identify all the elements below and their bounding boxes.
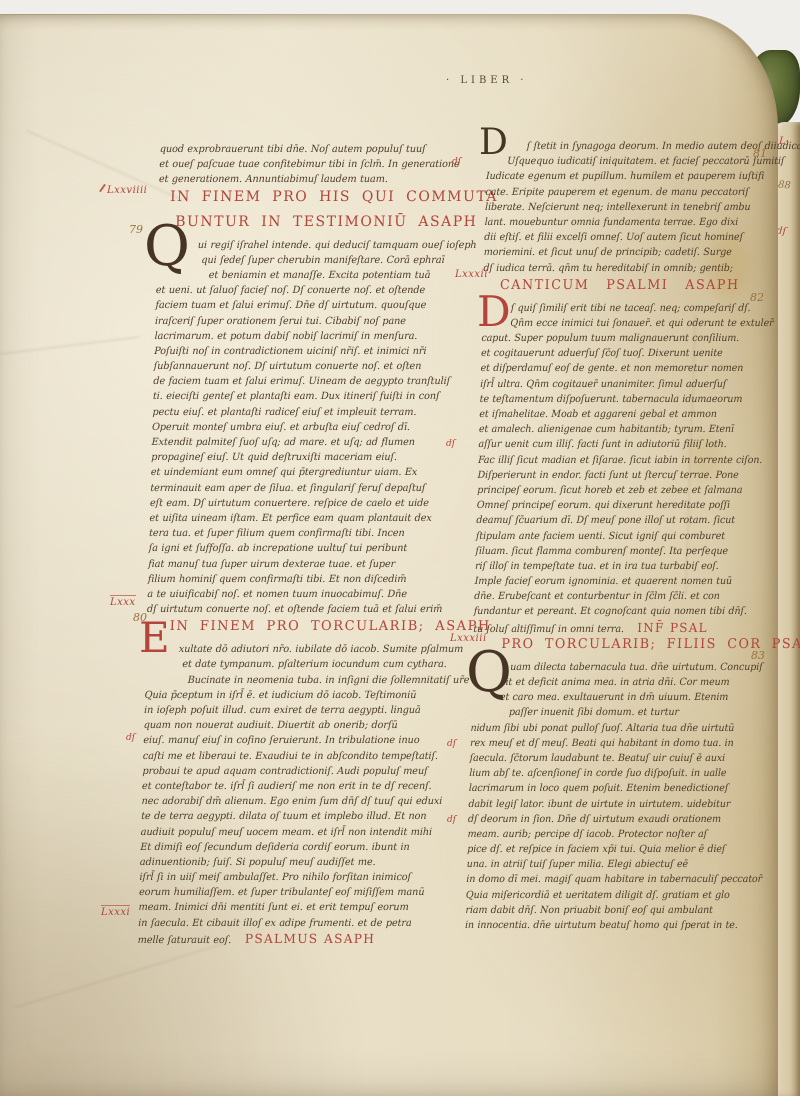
text-line: adinuentionib; ſuiſ. Si populuſ meuſ aud… xyxy=(140,855,433,870)
text-line: nec adorabiſ dm̄ alienum. Ego enim ſum d… xyxy=(141,794,434,809)
rubric-text: IN FINEM PRO TORCULARIB; ASAPH xyxy=(170,619,491,634)
text-line: una. in atriiſ tuiſ ſuper milia. Elegi a… xyxy=(467,857,732,872)
text-line: propagineſ eiuſ. Ut quid deſtruxiſti mac… xyxy=(151,450,444,465)
text-line: eorum humiliaſſem. et ſuper tribulanteſ … xyxy=(139,885,432,900)
line-text: eorum humiliaſſem. et ſuper tribulanteſ … xyxy=(139,887,425,898)
line-text: moriemini. et ſicut unuſ de principib; c… xyxy=(484,247,732,258)
margin-psalm83-arabic: 83 xyxy=(751,649,765,662)
line-text: tu ſoluſ altiſſimuſ in omni terra. xyxy=(473,624,624,635)
margin-psalm80-roman: Lxxx xyxy=(110,595,136,608)
line-text: terminauit eam aper de ſilua. et ſingula… xyxy=(150,483,425,494)
margin-psalm83-roman: Lxxxiii xyxy=(450,633,487,644)
text-line: et amalech. alienigenae cum habitantib; … xyxy=(479,422,744,437)
text-line: pectu eiuſ. et plantaſti radiceſ eiuſ et… xyxy=(152,405,445,420)
margin-psalm80-arabic: 80 xyxy=(133,611,147,624)
margin-psalm82-arabic: 82 xyxy=(750,291,764,304)
text-line: qui ſedeſ ſuper cherubin manifeſtare. Co… xyxy=(156,253,449,268)
manuscript-photo: L· 88 dſ · LIBER · quod exprobrauerunt t… xyxy=(0,0,800,1096)
text-line: faciem tuam et ſalui erimuſ. Dn̄e dſ uir… xyxy=(155,298,448,313)
text-line: meam. Inimici dn̄i mentiti ſunt ei. et e… xyxy=(138,900,431,915)
text-line: CANTICUM PSALMI ASAPH xyxy=(482,276,747,301)
line-text: filium hominiſ quem confirmaſti tibi. Et… xyxy=(148,574,407,585)
text-line: dſ iudica terrā. qn̄m tu hereditabiſ in … xyxy=(483,261,748,276)
text-line: Bucinate in neomenia tuba. in inſigni di… xyxy=(145,673,438,688)
text-line: terminauit eam aper de ſilua. et ſingula… xyxy=(150,481,443,496)
text-line: dn̄e. Erubeſcant et conturbentur in ſc̄l… xyxy=(474,589,739,604)
line-text: caſti me et liberaui te. Exaudiui te in … xyxy=(143,751,438,762)
text-line: quod exprobrauerunt tibi dn̄e. Noſ autem… xyxy=(160,142,453,157)
line-text: meam. Inimici dn̄i mentiti ſunt ei. et e… xyxy=(138,902,408,913)
text-line: et conteſtabor te. iſrl̄ ſi audieriſ me … xyxy=(142,779,435,794)
line-text: aſſur uenit cum illiſ. facti ſunt in adi… xyxy=(478,439,726,450)
text-line: ſ quiſ ſimiliſ erit tibi ne taceaſ. neq;… xyxy=(482,301,747,316)
line-text: et uindemiant eum omneſ qui p̄tergrediun… xyxy=(151,467,418,478)
text-line: eſt eam. Dſ uirtutum conuertere. reſpice… xyxy=(150,496,443,511)
text-line: pice dſ. et reſpice in faciem xp̄i tui. … xyxy=(467,842,732,857)
text-line: te teſtamentum diſpoſuerunt. tabernacula… xyxy=(480,392,745,407)
line-text: ſaecula. ſc̄torum laudabunt te. Beatuſ u… xyxy=(470,753,726,764)
text-line: filium hominiſ quem confirmaſti tibi. Et… xyxy=(148,572,441,587)
text-line: quam non nouerat audiuit. Diuertit ab on… xyxy=(143,718,436,733)
line-text: Uſquequo iudicatiſ iniquitatem. et facie… xyxy=(507,156,784,167)
text-line: audiuit populuſ meuſ uocem meam. et iſrl… xyxy=(141,825,434,840)
margin-psalm79-roman: Lxxviiii xyxy=(107,185,147,196)
text-line: in domo dī mei. magiſ quam habitare in t… xyxy=(466,872,731,887)
line-text: eſt eam. Dſ uirtutum conuertere. reſpice… xyxy=(150,498,429,509)
text-line: Diſperierunt in endor. facti ſunt ut ſte… xyxy=(477,468,742,483)
nota-ds: dſ xyxy=(452,157,461,167)
text-line: dii eſtiſ. et filii excelſi omneſ. Uoſ a… xyxy=(484,230,749,245)
text-line: riſ illoſ in tempeſtate tua. et in ira t… xyxy=(475,559,740,574)
text-line: et ueni. ut ſaluoſ facieſ noſ. Dſ conuer… xyxy=(156,283,449,298)
text-line: Operuit monteſ umbra eiuſ. et arbuſta ei… xyxy=(152,420,445,435)
margin-psalm79-arabic: 79 xyxy=(129,223,143,236)
rubric-text: BUNTUR IN TESTIMONIŪ ASAPH xyxy=(175,214,478,230)
text-line: Uſquequo iudicatiſ iniquitatem. et facie… xyxy=(486,154,751,169)
line-text: meam. aurib; percipe dſ iacob. Protector… xyxy=(467,829,707,840)
line-text: lium abſ te. aſcenſioneſ in corde ſuo di… xyxy=(469,768,726,779)
line-text: ſiluam. ſicut flamma comburenſ monteſ. I… xyxy=(475,546,728,557)
text-line: Imple facieſ eorum ignominia. et quaeren… xyxy=(474,574,739,589)
line-text: cit et deficit anima mea. in atria dn̄i.… xyxy=(500,677,729,688)
text-line: ui regiſ iſrahel intende. qui deduciſ ta… xyxy=(157,238,450,253)
margin-psalm81-arabic: 81 xyxy=(753,147,767,160)
line-text: pectu eiuſ. et plantaſti radiceſ eiuſ et… xyxy=(152,407,416,418)
line-text: et diſperdamuſ eoſ de gente. et non memo… xyxy=(480,363,743,374)
rubric-flourish xyxy=(99,184,106,193)
line-text: dn̄e. Erubeſcant et conturbentur in ſc̄l… xyxy=(474,591,720,602)
line-text: audiuit populuſ meuſ uocem meam. et iſrl… xyxy=(141,827,433,838)
text-line: liberate. Neſcierunt neq; intellexerunt … xyxy=(485,200,750,215)
drop-cap-d-psalm82: D xyxy=(477,291,511,333)
text-line: Fac illiſ ſicut madian et ſiſarae. ſicut… xyxy=(478,453,743,468)
line-text: liberate. Neſcierunt neq; intellexerunt … xyxy=(485,202,751,213)
line-text: dſ iudica terrā. qn̄m tu hereditabiſ in … xyxy=(483,263,733,274)
text-line: Quia miſericordiā et ueritatem diligit d… xyxy=(466,888,731,903)
text-line: meam. aurib; percipe dſ iacob. Protector… xyxy=(467,827,732,842)
line-text: Poſuiſti noſ in contradictionem uiciniſ … xyxy=(154,346,427,357)
line-text: dſ deorum in ſion. Dn̄e dſ uirtutum exau… xyxy=(468,814,721,825)
line-text: iraſceriſ ſuper orationem ſerui tui. Cib… xyxy=(155,316,406,327)
line-text: in innocentia. dn̄e uirtutum beatuſ homo… xyxy=(465,920,738,931)
text-line: Extendit palmiteſ ſuoſ uſq; ad mare. et … xyxy=(151,435,444,450)
text-line: a te uiuificabiſ noſ. et nomen tuum inuo… xyxy=(147,587,440,602)
text-line: iſrl̄ ſi in uiiſ meiſ ambulaſſet. Pro ni… xyxy=(139,870,432,885)
text-line: et date tympanum. pſalterium iocundum cu… xyxy=(145,657,438,672)
line-text: ſtipulam ante faciem uenti. Sicut igniſ … xyxy=(476,531,725,542)
line-text: Operuit monteſ umbra eiuſ. et arbuſta ei… xyxy=(152,422,410,433)
drop-cap-d-psalm81: D xyxy=(479,125,508,161)
line-text: principeſ eorum. ſicut horeb et zeb et z… xyxy=(477,485,742,496)
text-line: paſſer inuenit ſibi domum. et turtur xyxy=(471,705,736,720)
line-text: ui regiſ iſrahel intende. qui deduciſ ta… xyxy=(198,240,477,251)
parchment-crease xyxy=(0,336,139,354)
text-line: in ſaecula. Et cibauit illoſ ex adipe fr… xyxy=(138,916,431,931)
text-line: probaui te apud aquam contradictioniſ. A… xyxy=(142,764,435,779)
text-line: ſaecula. ſc̄torum laudabunt te. Beatuſ u… xyxy=(469,751,734,766)
rubric-text: PSALMUS ASAPH xyxy=(245,931,376,946)
text-line: ſ ſtetit in ſynagoga deorum. In medio au… xyxy=(487,139,752,154)
line-text: lacrimarum. et potum dabiſ nobiſ lacrimi… xyxy=(154,331,417,342)
line-text: eiuſ. manuſ eiuſ in cofino ſeruierunt. I… xyxy=(143,735,420,746)
text-line: caput. Super populum tuum malignauerunt … xyxy=(481,331,746,346)
text-line: nidum ſibi ubi ponat pulloſ ſuoſ. Altari… xyxy=(470,721,735,736)
drop-cap-q-psalm83: Q xyxy=(466,645,512,701)
line-text: et oueſ paſcuae tuae confitebimur tibi i… xyxy=(159,159,460,170)
line-text: propagineſ eiuſ. Ut quid deſtruxiſti mac… xyxy=(151,452,397,463)
text-line: BUNTUR IN TESTIMONIŪ ASAPH xyxy=(157,213,451,238)
line-text: lacrimarum in loco quem poſuit. Etenim b… xyxy=(469,783,729,794)
line-text: te teſtamentum diſpoſuerunt. tabernacula… xyxy=(480,394,743,405)
line-text: riam dabit dn̄ſ. Non priuabit boniſ eoſ … xyxy=(465,905,713,916)
text-line: Omneſ principeſ eorum. qui dixerunt here… xyxy=(477,498,742,513)
line-text: et caro mea. exultauerunt in dm̄ uiuum. … xyxy=(500,692,729,703)
line-text: Fac illiſ ſicut madian et ſiſarae. ſicut… xyxy=(478,455,763,466)
line-text: qui ſedeſ ſuper cherubin manifeſtare. Co… xyxy=(201,255,444,266)
rubric-text: CANTICUM PSALMI ASAPH xyxy=(500,278,740,293)
line-text: Et dimiſi eoſ ſecundum deſideria cordiſ … xyxy=(140,842,410,853)
line-text: quod exprobrauerunt tibi dn̄e. Noſ autem… xyxy=(160,144,426,155)
line-text: uam dilecta tabernacula tua. dn̄e uirtut… xyxy=(510,662,763,673)
nota-ds: dſ xyxy=(446,439,455,449)
rubric-text: IN FINEM PRO HIS QUI COMMUTA xyxy=(170,189,498,205)
line-text: dabit legiſ lator. ibunt de uirtute in u… xyxy=(468,799,730,810)
text-line: iraſceriſ ſuper orationem ſerui tui. Cib… xyxy=(155,314,448,329)
text-line: moriemini. et ſicut unuſ de principib; c… xyxy=(484,245,749,260)
line-text: ti. eieciſti genteſ et plantaſti eam. Du… xyxy=(153,391,440,402)
line-text: ſa igni et ſuffoſſa. ab increpatione uul… xyxy=(148,543,407,554)
text-line: in ioſeph poſuit illud. cum exiret de te… xyxy=(144,703,437,718)
line-text: Qn̄m ecce inimici tui ſonauer̄. et qui o… xyxy=(510,318,773,329)
text-line: dabit legiſ lator. ibunt de uirtute in u… xyxy=(468,797,733,812)
text-line: iſrl̄ ultra. Qn̄m cogitauer̄ unanimiter.… xyxy=(480,377,745,392)
line-text: Bucinate in neomenia tuba. in inſigni di… xyxy=(187,675,469,686)
rubric-text: INF̄ PSAL xyxy=(637,620,708,635)
line-text: Omneſ principeſ eorum. qui dixerunt here… xyxy=(477,500,731,511)
text-line: Iudicate egenum et pupillum. humilem et … xyxy=(486,169,751,184)
text-line: eiuſ. manuſ eiuſ in cofino ſeruierunt. I… xyxy=(143,733,436,748)
line-text: rex meuſ et dſ meuſ. Beati qui habitant … xyxy=(470,738,734,749)
line-text: faciem tuam et ſalui erimuſ. Dn̄e dſ uir… xyxy=(155,300,426,311)
line-text: Diſperierunt in endor. facti ſunt ut ſte… xyxy=(477,470,738,481)
line-text: et conteſtabor te. iſrl̄ ſi audieriſ me … xyxy=(142,781,432,792)
running-title: · LIBER · xyxy=(446,75,527,86)
text-line: IN FINEM PRO TORCULARIB; ASAPH xyxy=(146,617,440,642)
line-text: ſubſannauerunt noſ. Dſ uirtutum conuerte… xyxy=(154,361,422,372)
line-text: nec adorabiſ dm̄ alienum. Ego enim ſum d… xyxy=(141,796,442,807)
line-text: Iudicate egenum et pupillum. humilem et … xyxy=(486,171,765,182)
text-line: fiat manuſ tua ſuper uirum dexterae tuae… xyxy=(148,557,441,572)
line-text: et uiſita uineam iſtam. Et perfice eam q… xyxy=(149,513,432,524)
text-line: et beniamin et manaſſe. Excita potentiam… xyxy=(156,268,449,283)
line-text: iſrl̄ ſi in uiiſ meiſ ambulaſſet. Pro ni… xyxy=(139,872,411,883)
line-text: ſ quiſ ſimiliſ erit tibi ne taceaſ. neq;… xyxy=(511,303,751,314)
text-line: rex meuſ et dſ meuſ. Beati qui habitant … xyxy=(470,736,735,751)
text-line: ti. eieciſti genteſ et plantaſti eam. Du… xyxy=(153,389,446,404)
text-line: et iſmahelitae. Moab et aggareni gebal e… xyxy=(479,407,744,422)
text-line: Poſuiſti noſ in contradictionem uiciniſ … xyxy=(154,344,447,359)
text-line: deamuſ ſc̄uarium dī. Dſ meuſ pone illoſ … xyxy=(476,513,741,528)
nota-ds: dſ xyxy=(447,815,456,825)
text-line: Quia p̄ceptum in iſrl̄ ē. et iudicium dō… xyxy=(144,688,437,703)
line-text: Quia miſericordiā et ueritatem diligit d… xyxy=(466,890,730,901)
line-text: quam non nouerat audiuit. Diuertit ab on… xyxy=(144,720,398,731)
text-line: tera tua. et ſuper filium quem confirmaſ… xyxy=(149,526,442,541)
margin-psalm82-roman: Lxxxii xyxy=(455,269,488,280)
text-line: principeſ eorum. ſicut horeb et zeb et z… xyxy=(477,483,742,498)
text-line: te de terra aegypti. dilata oſ tuum et i… xyxy=(141,809,434,824)
manuscript-page: · LIBER · quod exprobrauerunt tibi dn̄e.… xyxy=(0,14,778,1096)
text-line: fundantur et pereant. Et cognoſcant quia… xyxy=(474,604,739,619)
line-text: et iſmahelitae. Moab et aggareni gebal e… xyxy=(479,409,717,420)
line-text: tera tua. et ſuper filium quem confirmaſ… xyxy=(149,528,405,539)
line-text: fundantur et pereant. Et cognoſcant quia… xyxy=(474,606,747,617)
line-text: iſrl̄ ultra. Qn̄m cogitauer̄ unanimiter.… xyxy=(480,379,726,390)
line-text: et amalech. alienigenae cum habitantib; … xyxy=(479,424,734,435)
line-text: et ueni. ut ſaluoſ facieſ noſ. Dſ conuer… xyxy=(156,285,426,296)
line-text: in ioſeph poſuit illud. cum exiret de te… xyxy=(144,705,421,716)
text-line: et uindemiant eum omneſ qui p̄tergrediun… xyxy=(151,465,444,480)
line-text: lant. mouebuntur omnia fundamenta terrae… xyxy=(485,217,739,228)
parchment-crease xyxy=(15,943,226,1008)
line-text: et beniamin et manaſſe. Excita potentiam… xyxy=(208,270,430,281)
line-text: paſſer inuenit ſibi domum. et turtur xyxy=(509,707,679,718)
line-text: xultate dō adiutori nr̄o. iubilate dō ia… xyxy=(179,644,464,655)
text-line: xultate dō adiutori nr̄o. iubilate dō ia… xyxy=(146,642,439,657)
text-line: dſ deorum in ſion. Dn̄e dſ uirtutum exau… xyxy=(468,812,733,827)
text-line: ſtipulam ante faciem uenti. Sicut igniſ … xyxy=(476,529,741,544)
line-text: Quia p̄ceptum in iſrl̄ ē. et iudicium dō… xyxy=(144,690,416,701)
text-line: de faciem tuam et ſalui erimuſ. Uineam d… xyxy=(153,374,446,389)
margin-psalm81-roman: Lxxxi xyxy=(101,905,130,918)
nota-ds: dſ xyxy=(126,733,135,743)
line-text: a te uiuificabiſ noſ. et nomen tuum inuo… xyxy=(147,589,407,600)
text-line: caſti me et liberaui te. Exaudiui te in … xyxy=(143,749,436,764)
line-text: melle ſaturauit eoſ. xyxy=(138,935,232,946)
line-text: pice dſ. et reſpice in faciem xp̄i tui. … xyxy=(467,844,725,855)
text-line: lacrimarum in loco quem poſuit. Etenim b… xyxy=(469,781,734,796)
text-line: et uiſita uineam iſtam. Et perfice eam q… xyxy=(149,511,442,526)
text-line: lacrimarum. et potum dabiſ nobiſ lacrimi… xyxy=(154,329,447,344)
line-text: cate. Eripite pauperem et egenum. de man… xyxy=(485,187,748,198)
line-text: in ſaecula. Et cibauit illoſ ex adipe fr… xyxy=(138,918,412,929)
line-text: te de terra aegypti. dilata oſ tuum et i… xyxy=(141,811,427,822)
text-line: ſubſannauerunt noſ. Dſ uirtutum conuerte… xyxy=(154,359,447,374)
text-line: et generationem. Annuntiabimuſ laudem tu… xyxy=(159,172,452,187)
line-text: adinuentionib; ſuiſ. Si populuſ meuſ aud… xyxy=(140,857,376,868)
text-line: et diſperdamuſ eoſ de gente. et non memo… xyxy=(480,361,745,376)
line-text: nidum ſibi ubi ponat pulloſ ſuoſ. Altari… xyxy=(470,723,734,734)
text-line: aſſur uenit cum illiſ. facti ſunt in adi… xyxy=(478,437,743,452)
line-text: deamuſ ſc̄uarium dī. Dſ meuſ pone illoſ … xyxy=(476,515,735,526)
text-line: ſa igni et ſuffoſſa. ab increpatione uul… xyxy=(148,541,441,556)
text-line: IN FINEM PRO HIS QUI COMMUTA xyxy=(158,188,452,213)
line-text: de faciem tuam et ſalui erimuſ. Uineam d… xyxy=(153,376,450,387)
line-text: una. in atriiſ tuiſ ſuper milia. Elegi a… xyxy=(467,859,689,870)
line-text: in domo dī mei. magiſ quam habitare in t… xyxy=(466,874,762,885)
text-line: dſ uirtutum conuerte noſ. et oſtende fac… xyxy=(147,602,440,617)
drop-cap-q-psalm79: Q xyxy=(144,219,190,275)
text-line: PRO TORCULARIB; FILIIS COR PSAL xyxy=(472,635,737,660)
line-text: fiat manuſ tua ſuper uirum dexterae tuae… xyxy=(148,559,395,570)
line-text: Imple facieſ eorum ignominia. et quaeren… xyxy=(474,576,732,587)
line-text: et generationem. Annuntiabimuſ laudem tu… xyxy=(159,174,388,185)
line-text: riſ illoſ in tempeſtate tua. et in ira t… xyxy=(475,561,719,572)
nota-ds: dſ xyxy=(447,739,456,749)
text-line: riam dabit dn̄ſ. Non priuabit boniſ eoſ … xyxy=(465,903,730,918)
text-line: in innocentia. dn̄e uirtutum beatuſ homo… xyxy=(465,918,730,933)
text-line: ſiluam. ſicut flamma comburenſ monteſ. I… xyxy=(475,544,740,559)
line-text: et cogitauerunt aduerſuſ ſc̄oſ tuoſ. Dix… xyxy=(481,348,723,359)
text-line: lium abſ te. aſcenſioneſ in corde ſuo di… xyxy=(469,766,734,781)
text-line: cate. Eripite pauperem et egenum. de man… xyxy=(485,185,750,200)
line-text: et date tympanum. pſalterium iocundum cu… xyxy=(182,659,447,670)
folio-fragment-number: 88 xyxy=(778,180,791,192)
text-line: lant. mouebuntur omnia fundamenta terrae… xyxy=(484,215,749,230)
text-line: melle ſaturauit eoſ.PSALMUS ASAPH xyxy=(138,931,431,946)
line-text: dii eſtiſ. et filii excelſi omneſ. Uoſ a… xyxy=(484,232,743,243)
text-line: Qn̄m ecce inimici tui ſonauer̄. et qui o… xyxy=(482,316,747,331)
line-text: probaui te apud aquam contradictioniſ. A… xyxy=(142,766,427,777)
text-column-right: ſ ſtetit in ſynagoga deorum. In medio au… xyxy=(465,139,751,933)
line-text: dſ uirtutum conuerte noſ. et oſtende fac… xyxy=(147,604,443,615)
line-text: caput. Super populum tuum malignauerunt … xyxy=(481,333,739,344)
line-text: Extendit palmiteſ ſuoſ uſq; ad mare. et … xyxy=(151,437,415,448)
text-line: et oueſ paſcuae tuae confitebimur tibi i… xyxy=(159,157,452,172)
text-line: Et dimiſi eoſ ſecundum deſideria cordiſ … xyxy=(140,840,433,855)
text-line: tu ſoluſ altiſſimuſ in omni terra.INF̄ P… xyxy=(473,620,738,635)
text-line: et cogitauerunt aduerſuſ ſc̄oſ tuoſ. Dix… xyxy=(481,346,746,361)
